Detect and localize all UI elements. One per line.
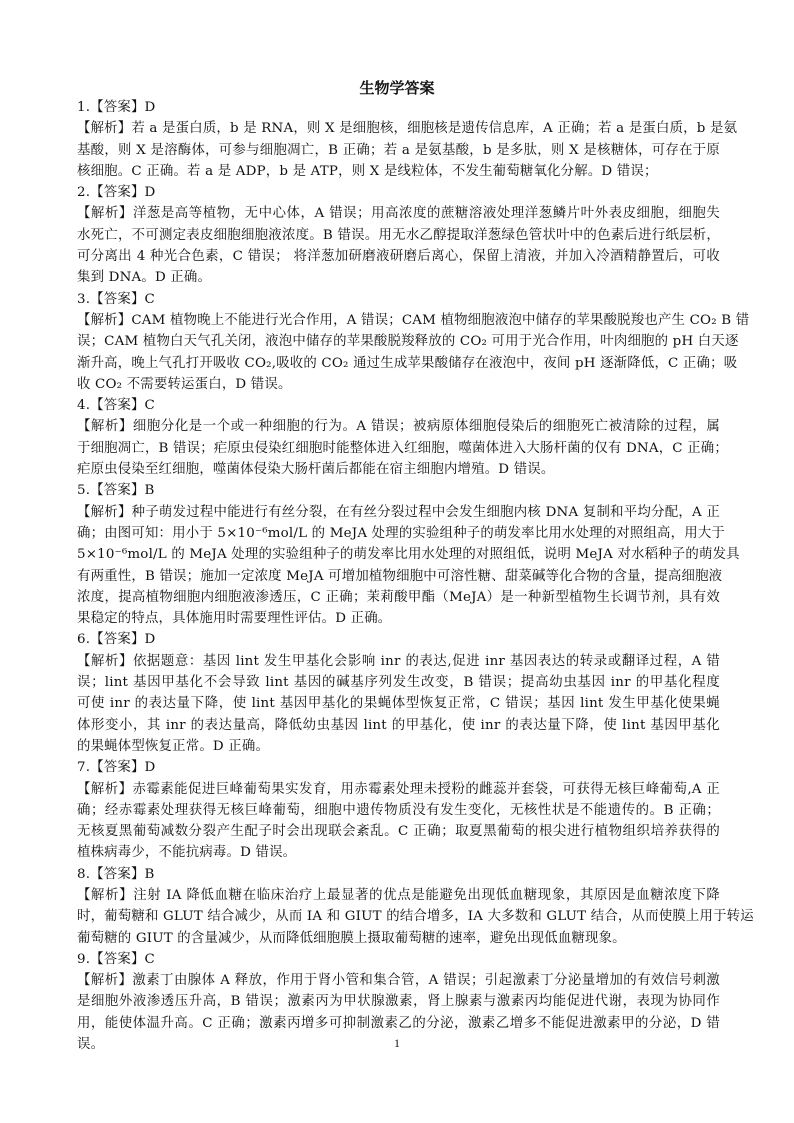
page-number: 1 (0, 1036, 794, 1051)
analysis-line: 是细胞外液渗透压升高，B 错误；激素丙为甲状腺激素，肾上腺素与激素丙均能促进代谢… (77, 991, 720, 1012)
analysis-line: 可分离出 4 种光合色素，C 错误； 将洋葱加研磨液研磨后离心，保留上清液，并加… (77, 246, 720, 267)
document-page: 生物学答案 1.【答案】D 【解析】若 a 是蛋白质，b 是 RNA，则 X 是… (0, 0, 794, 1123)
answer-line-q2: 2.【答案】D (77, 182, 720, 203)
analysis-line: 确；由图可知：用小于 5×10⁻⁶mol/L 的 MeJA 处理的实验组种子的萌… (77, 523, 720, 544)
analysis-line: 【解析】激素丁由腺体 A 释放，作用于肾小管和集合管，A 错误；引起激素丁分泌量… (77, 970, 720, 991)
analysis-line: 的果蝇体型恢复正常。D 正确。 (77, 736, 720, 757)
analysis-line: 浓度，提高植物细胞内细胞液渗透压，C 正确；茉莉酸甲酯（MeJA）是一种新型植物… (77, 587, 720, 608)
analysis-line: 水死亡，不可测定表皮细胞细胞液浓度。B 错误。用无水乙醇提取洋葱绿色管状叶中的色… (77, 225, 720, 246)
analysis-line: 可使 inr 的表达量下降，使 lint 基因甲基化的果蝇体型恢复正常，C 错误… (77, 693, 720, 714)
analysis-line: 【解析】赤霉素能促进巨峰葡萄果实发育，用赤霉素处理未授粉的雌蕊并套袋，可获得无核… (77, 779, 720, 800)
answer-line-q7: 7.【答案】D (77, 757, 720, 778)
answer-line-q8: 8.【答案】B (77, 864, 720, 885)
answer-line-q3: 3.【答案】C (77, 289, 720, 310)
analysis-line: 【解析】种子萌发过程中能进行有丝分裂，在有丝分裂过程中会发生细胞内核 DNA 复… (77, 502, 720, 523)
answer-line-q9: 9.【答案】C (77, 949, 720, 970)
analysis-line: 收 CO₂ 不需要转运蛋白，D 错误。 (77, 374, 720, 395)
analysis-line: 【解析】细胞分化是一个或一种细胞的行为。A 错误；被病原体细胞侵染后的细胞死亡被… (77, 416, 720, 437)
analysis-line: 【解析】CAM 植物晚上不能进行光合作用，A 错误；CAM 植物细胞液泡中储存的… (77, 310, 720, 331)
analysis-line: 果稳定的特点，具体施用时需要理性评估。D 正确。 (77, 608, 720, 629)
answer-body: 1.【答案】D 【解析】若 a 是蛋白质，b 是 RNA，则 X 是细胞核，细胞… (77, 97, 720, 1055)
analysis-line: 【解析】洋葱是高等植物，无中心体，A 错误；用高浓度的蔗糖溶液处理洋葱鳞片叶外表… (77, 203, 720, 224)
answer-line-q1: 1.【答案】D (77, 97, 720, 118)
analysis-line: 渐升高，晚上气孔打开吸收 CO₂,吸收的 CO₂ 通过生成苹果酸储存在液泡中，夜… (77, 353, 720, 374)
analysis-line: 基酸，则 X 是溶酶体，可参与细胞凋亡，B 正确；若 a 是氨基酸，b 是多肽，… (77, 140, 720, 161)
analysis-line: 于细胞凋亡，B 错误；疟原虫侵染红细胞时能整体进入红细胞，噬菌体进入大肠杆菌的仅… (77, 438, 720, 459)
analysis-line: 【解析】注射 IA 降低血糖在临床治疗上最显著的优点是能避免出现低血糖现象，其原… (77, 885, 720, 906)
answer-line-q6: 6.【答案】D (77, 629, 720, 650)
analysis-line: 5×10⁻⁶mol/L 的 MeJA 处理的实验组种子的萌发率比用水处理的对照组… (77, 544, 720, 565)
analysis-line: 误；lint 基因甲基化不会导致 lint 基因的碱基序列发生改变，B 错误；提… (77, 672, 720, 693)
analysis-line: 体形变小，其 inr 的表达量高，降低幼虫基因 lint 的甲基化，使 inr … (77, 715, 720, 736)
analysis-line: 【解析】若 a 是蛋白质，b 是 RNA，则 X 是细胞核，细胞核是遗传信息库，… (77, 118, 720, 139)
analysis-line: 核细胞。C 正确。若 a 是 ADP，b 是 ATP，则 X 是线粒体，不发生葡… (77, 161, 720, 182)
analysis-line: 确；经赤霉素处理获得无核巨峰葡萄，细胞中遗传物质没有发生变化，无核性状是不能遗传… (77, 800, 720, 821)
analysis-line: 用，能使体温升高。C 正确；激素丙增多可抑制激素乙的分泌，激素乙增多不能促进激素… (77, 1013, 720, 1034)
analysis-line: 植株病毒少，不能抗病毒。D 错误。 (77, 842, 720, 863)
answer-line-q5: 5.【答案】B (77, 480, 720, 501)
analysis-line: 误；CAM 植物白天气孔关闭，液泡中储存的苹果酸脱羧释放的 CO₂ 可用于光合作… (77, 331, 720, 352)
analysis-line: 葡萄糖的 GIUT 的含量减少，从而降低细胞膜上摄取葡萄糖的速率，避免出现低血糖… (77, 928, 720, 949)
analysis-line: 时，葡萄糖和 GLUT 结合减少，从而 IA 和 GIUT 的结合增多，IA 大… (77, 906, 720, 927)
analysis-line: 疟原虫侵染至红细胞，噬菌体侵染大肠杆菌后都能在宿主细胞内增殖。D 错误。 (77, 459, 720, 480)
analysis-line: 有两重性，B 错误；施加一定浓度 MeJA 可增加植物细胞中可溶性糖、甜菜碱等化… (77, 566, 720, 587)
analysis-line: 集到 DNA。D 正确。 (77, 267, 720, 288)
answer-line-q4: 4.【答案】C (77, 395, 720, 416)
page-title: 生物学答案 (0, 78, 794, 98)
analysis-line: 【解析】依据题意：基因 lint 发生甲基化会影响 inr 的表达,促进 inr… (77, 651, 720, 672)
analysis-line: 无核夏黑葡萄减数分裂产生配子时会出现联会紊乱。C 正确；取夏黑葡萄的根尖进行植物… (77, 821, 720, 842)
